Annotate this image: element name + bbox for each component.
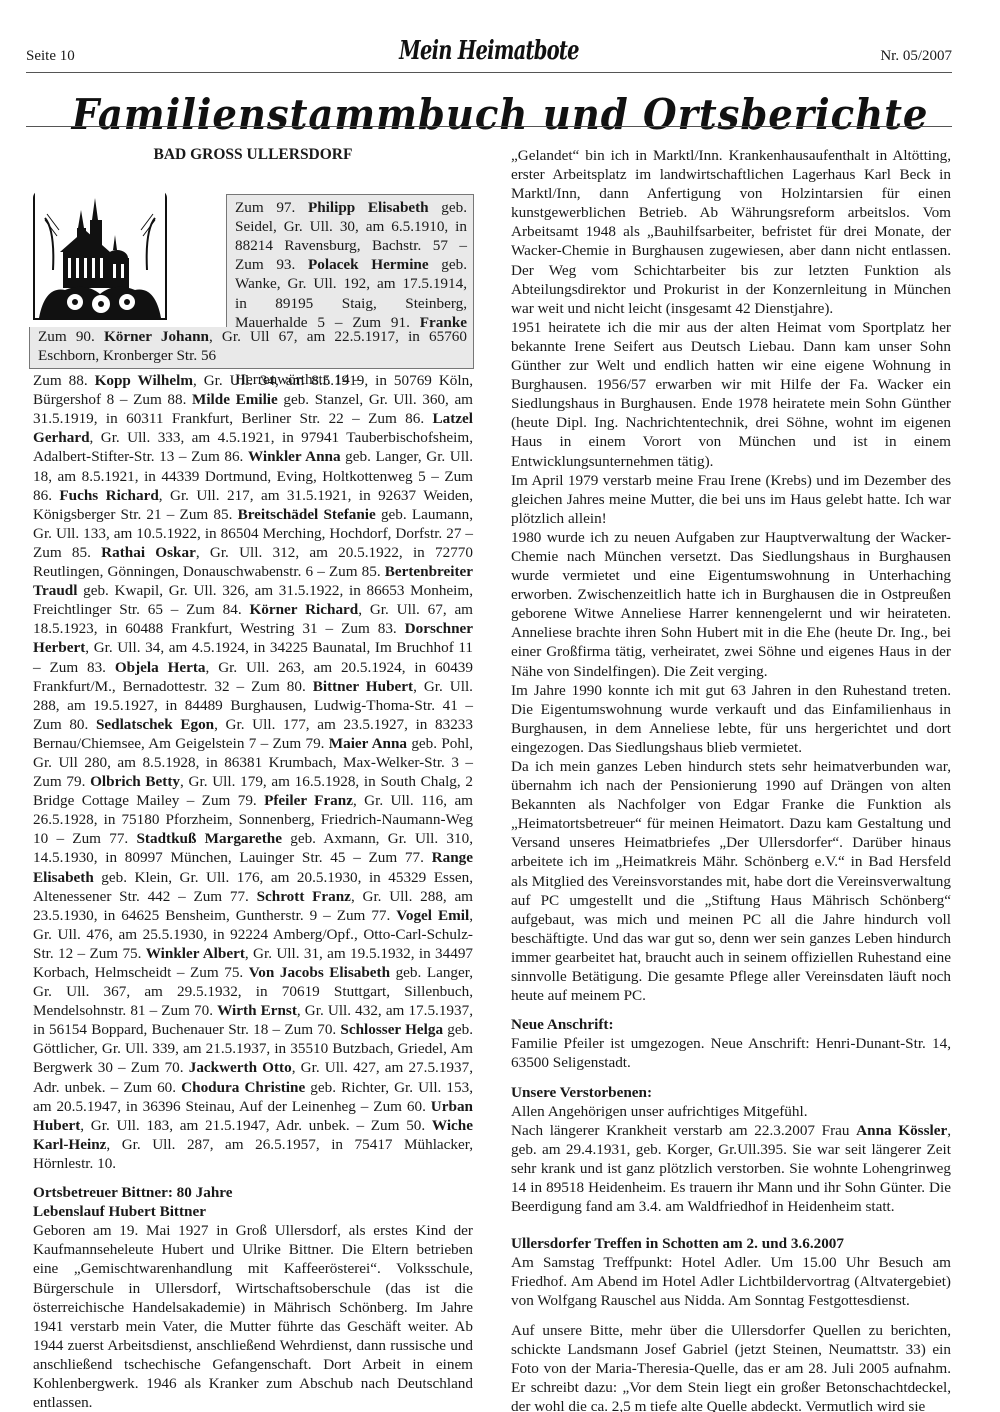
deceased-condolence: Allen Angehörigen unser aufrichtiges Mit… [511,1102,951,1121]
birthday-list: Zum 88. Kopp Wilhelm, Gr. Ull. 34, am 8.… [33,371,473,1173]
address-text: Familie Pfeiler ist umgezogen. Neue Ansc… [511,1034,951,1072]
masthead-logo: Mein Heimatbote [399,36,579,66]
person-name: Fuchs Richard [59,487,158,504]
deceased-heading: Unsere Verstorbenen: [511,1083,951,1102]
right-column: „Gelandet“ bin ich in Marktl/Inn. Kranke… [511,146,951,1412]
address-heading: Neue Anschrift: [511,1015,951,1034]
church-emblem-icon [33,190,167,320]
intro-block: Zum 97. Philipp Elisabeth geb. Seidel, G… [33,172,473,407]
page-number: Seite 10 [26,48,75,65]
bio-subheading: Lebenslauf Hubert Bittner [33,1202,473,1221]
person-name: Von Jacobs Elisabeth [249,964,390,981]
header-rule [26,72,952,73]
birthday-box-lower: Zum 90. Körner Johann, Gr. Ull 67, am 22… [29,327,474,369]
bio-text: Geboren am 19. Mai 1927 in Groß Ullersdo… [33,1221,473,1412]
person-name: Breitschädel Stefanie [238,506,376,523]
person-name: Maier Anna [329,735,407,752]
person-name: Chodura Christine [181,1079,305,1096]
spring-text: Auf unsere Bitte, mehr über die Ullersdo… [511,1321,951,1412]
birthday-entry: Zum 90. Körner Johann, Gr. Ull 67, am 22… [38,327,467,365]
person-name: Sedlatschek Egon [96,716,214,733]
person-name: Jackwerth Otto [189,1059,292,1076]
bio-heading: Ortsbetreuer Bittner: 80 Jahre [33,1183,473,1202]
bio-paragraph: „Gelandet“ bin ich in Marktl/Inn. Kranke… [511,146,951,318]
person-name: Winkler Albert [146,945,245,962]
meeting-text: Am Samstag Treffpunkt: Hotel Adler. Um 1… [511,1253,951,1310]
title-rule [26,126,952,127]
bio-paragraph: Im April 1979 verstarb meine Frau Irene … [511,471,951,528]
person-name: Winkler Anna [248,448,341,465]
person-name: Bittner Hubert [313,678,413,695]
person-name: Schlosser Helga [340,1021,443,1038]
person-name: Olbrich Betty [90,773,180,790]
person-name: Rathai Oskar [101,544,196,561]
birthday-box-upper: Zum 97. Philipp Elisabeth geb. Seidel, G… [226,194,474,330]
place-heading: BAD GROSS ULLERSDORF [33,145,473,164]
bio-paragraph: Da ich mein ganzes Leben hindurch stets … [511,757,951,1005]
bio-paragraph: 1980 wurde ich zu neuen Aufgaben zur Hau… [511,528,951,681]
deceased-name: Anna Kössler [856,1122,947,1139]
bio-paragraph: Im Jahre 1990 konnte ich mit gut 63 Jahr… [511,681,951,757]
person-name: Vogel Emil [396,907,469,924]
bio-paragraph: 1951 heiratete ich die mir aus der alten… [511,318,951,471]
person-name: Körner Richard [249,601,358,618]
person-name: Wirth Ernst [217,1002,297,1019]
left-column: BAD GROSS ULLERSDORF [33,145,473,1412]
page-header: Seite 10 Mein Heimatbote Nr. 05/2007 [26,42,952,70]
issue-number: Nr. 05/2007 [880,48,952,65]
person-name: Stadtkuß Margarethe [136,830,282,847]
section-title: Familienstammbuch und Ortsberichte [40,90,960,139]
person-name: Schrott Franz [257,888,351,905]
meeting-heading: Ullersdorfer Treffen in Schotten am 2. u… [511,1234,951,1253]
person-name: Objela Herta [115,659,206,676]
person-name: Pfeiler Franz [264,792,353,809]
deceased-notice: Nach längerer Krankheit verstarb am 22.3… [511,1121,951,1216]
